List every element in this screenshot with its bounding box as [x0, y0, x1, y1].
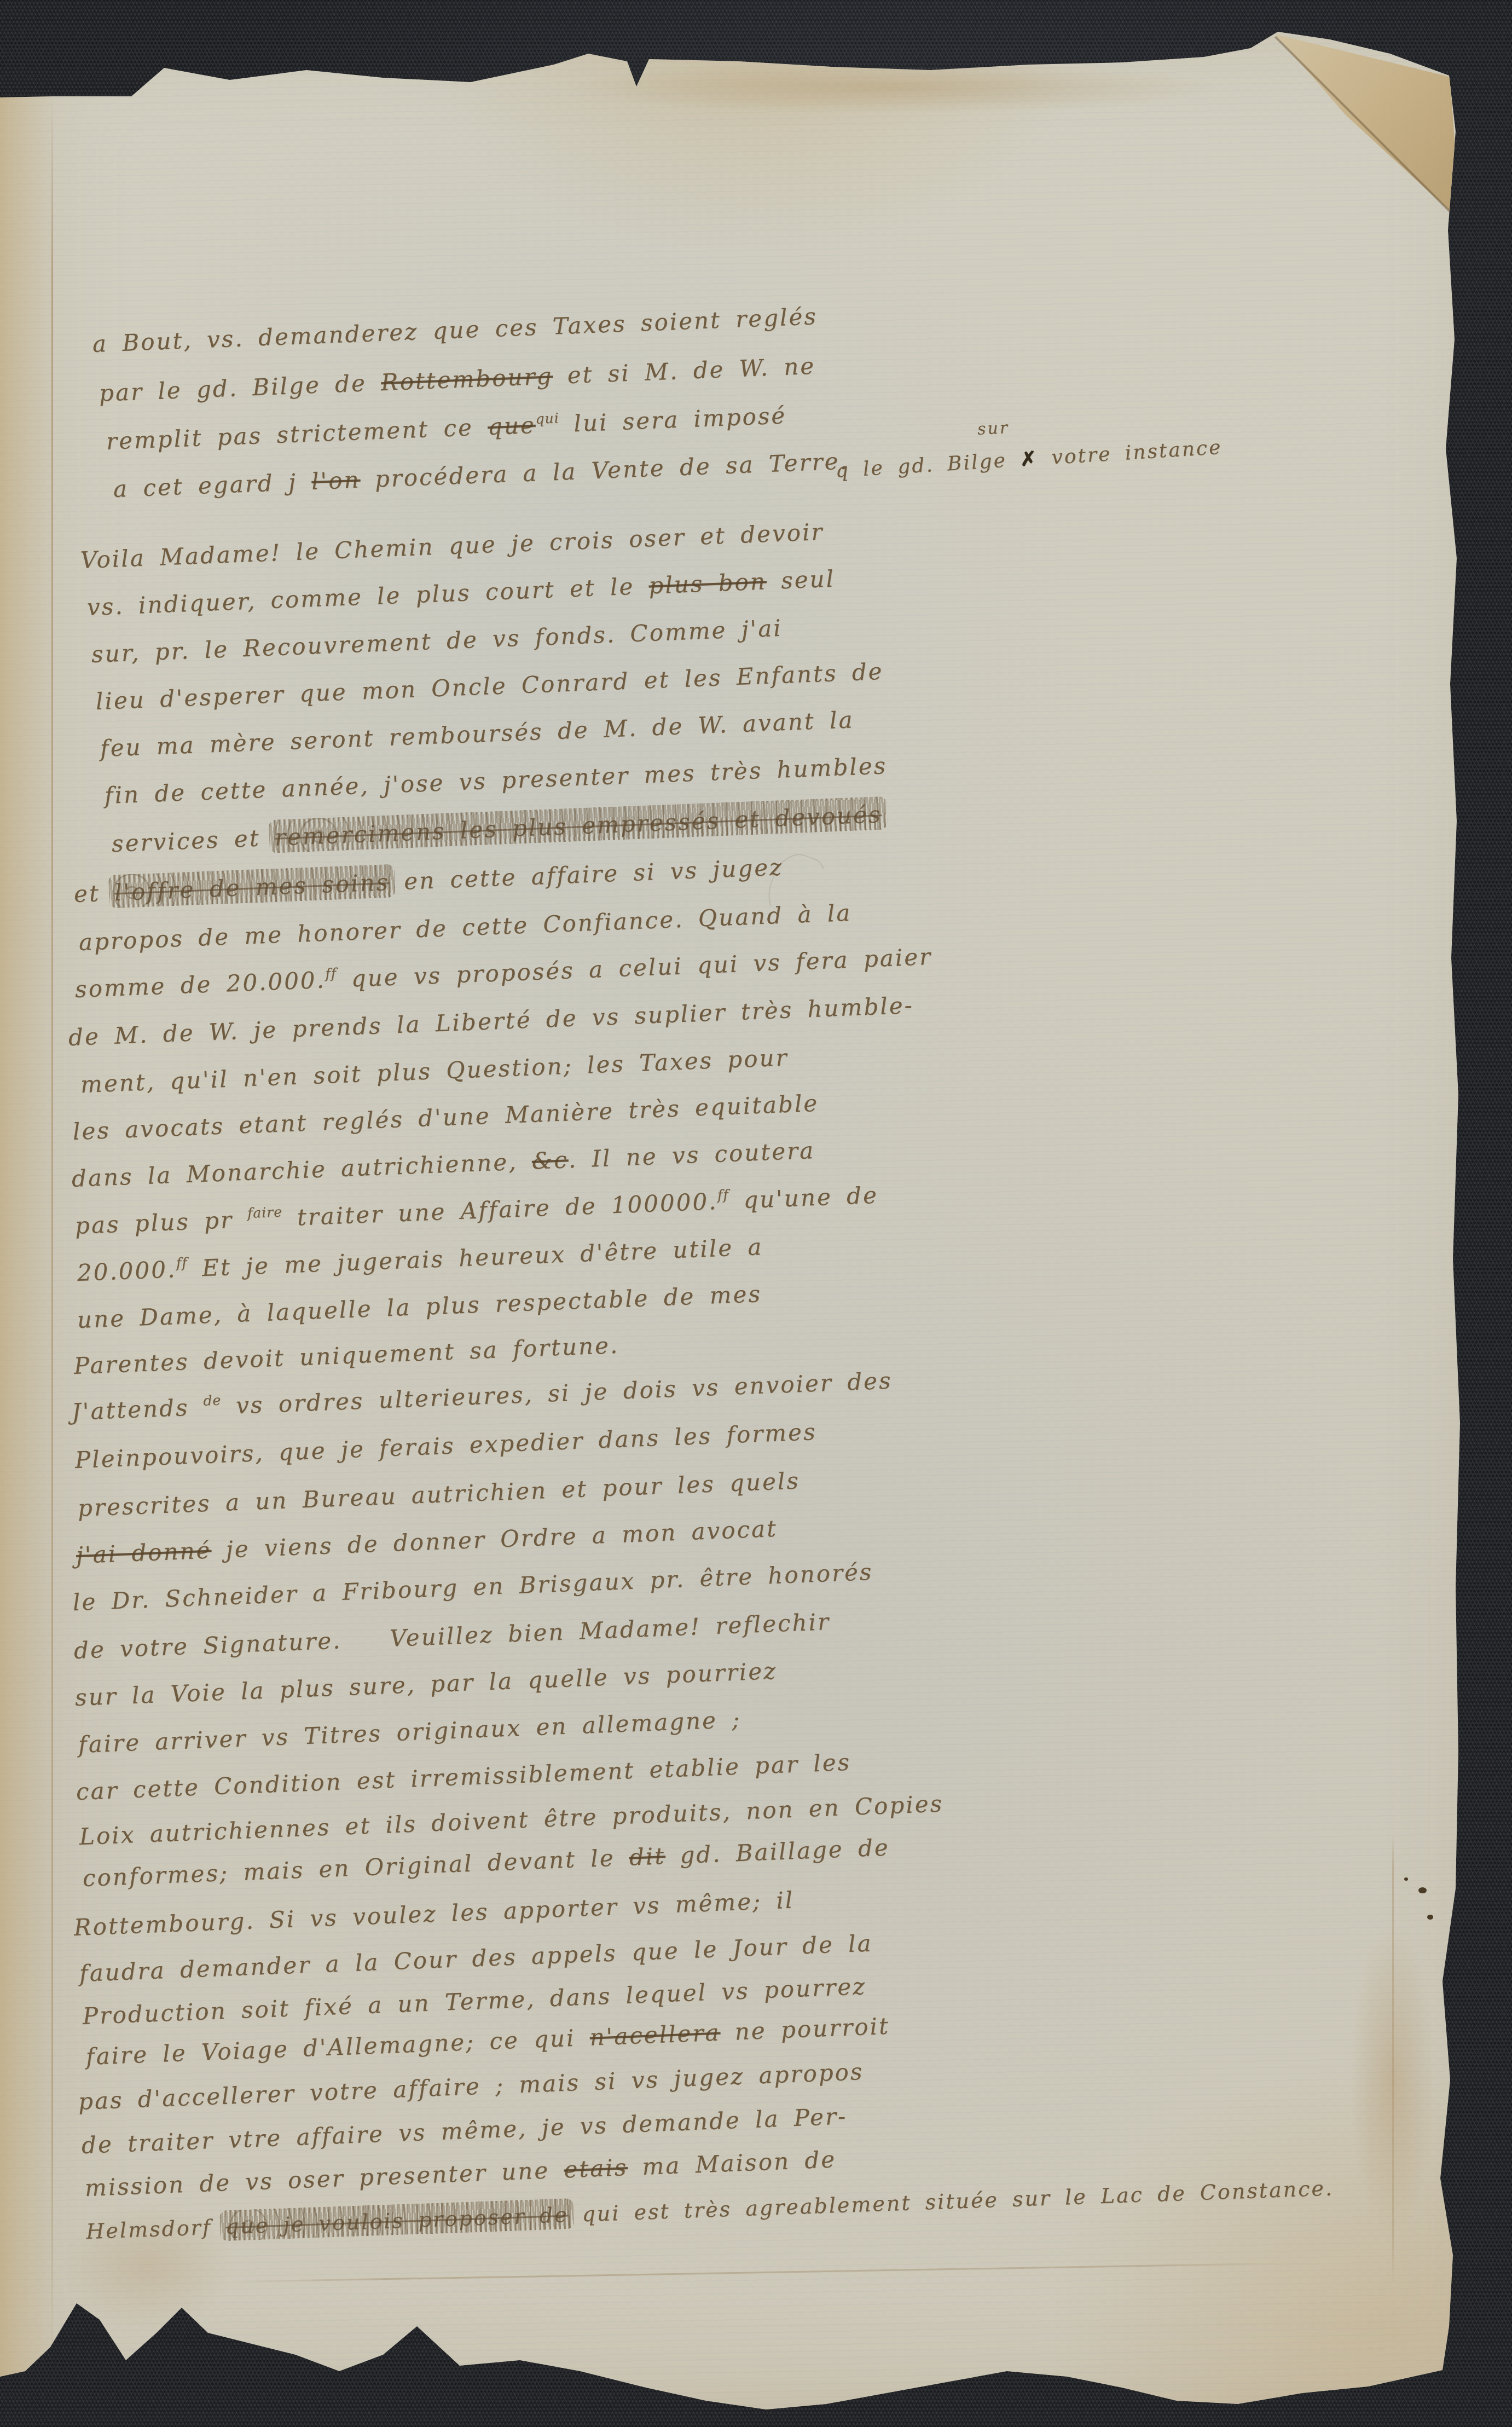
inserted-word: faire — [247, 1204, 282, 1221]
handwritten-line: et l'offre de mes soins en cette affaire… — [73, 854, 784, 908]
handwriting-text: Et je me jugerais heureux d'être utile a — [187, 1233, 763, 1282]
inserted-word: qui — [535, 410, 559, 427]
handwriting-text: services et — [111, 824, 275, 857]
handwritten-line: car cette Condition est irremissiblement… — [76, 1749, 851, 1806]
handwritten-line: Parentes devoit uniquement sa fortune. — [73, 1332, 619, 1380]
handwriting-text: lui sera imposé — [559, 402, 787, 437]
handwriting-text: votre instance — [1038, 436, 1223, 470]
handwritten-line: Pleinpouvoirs, que je ferais expedier da… — [74, 1419, 817, 1473]
scribbled-out-text: que je voulois proposer de — [225, 2203, 569, 2239]
handwriting-text: Pleinpouvoirs, que je ferais expedier da… — [74, 1418, 817, 1473]
crossed-out-text: que — [487, 412, 536, 440]
handwritten-line: sur la Voie la plus sure, par la quelle … — [74, 1658, 778, 1712]
handwritten-line: mission de vs oser presenter une etais m… — [84, 2146, 837, 2201]
handwriting-text: le Dr. Schneider a Fribourg en Brisgaux … — [72, 1558, 873, 1616]
handwritten-line: de votre Signature.Veuillez bien Madame!… — [73, 1609, 831, 1664]
manuscript-page: a Bout, vs. demanderez que ces Taxes soi… — [0, 0, 1512, 2427]
handwritten-line: faire arriver vs Titres originaux en all… — [78, 1707, 741, 1759]
handwritten-line: a Bout, vs. demanderez que ces Taxes soi… — [92, 303, 818, 357]
handwriting-text: que vs proposés a celui qui vs fera paie… — [337, 943, 932, 993]
crossed-out-text: etais — [564, 2154, 629, 2183]
margin-note: q le gd. Bilge ✗ votre instance — [835, 436, 1223, 483]
handwriting-text: vs. indiquer, comme le plus court et le — [86, 573, 649, 621]
photograph-background: { "page": { "background_color": "#212327… — [0, 0, 1512, 2427]
handwritten-line: le Dr. Schneider a Fribourg en Brisgaux … — [72, 1559, 873, 1616]
handwritten-line: remplit pas strictement ce quequi lui se… — [106, 402, 787, 455]
handwriting-text: ne pourroit — [720, 2013, 890, 2046]
handwriting-text: conformes; mais en Original devant le — [82, 1844, 630, 1892]
handwritten-line: sur, pr. le Recouvrement de vs fonds. Co… — [91, 615, 783, 668]
handwriting-text: sur la Voie la plus sure, par la quelle … — [74, 1657, 778, 1711]
scanned-manuscript-scene: a Bout, vs. demanderez que ces Taxes soi… — [0, 0, 1512, 2427]
handwritten-line: prescrites a un Bureau autrichien et pou… — [77, 1467, 801, 1522]
inserted-word: ff — [717, 1187, 729, 1203]
handwriting-text: qui est très agreablement située sur le … — [568, 2176, 1334, 2227]
margin-insertion-word: sur — [977, 419, 1010, 439]
inserted-word: de — [203, 1392, 222, 1408]
handwritten-line: Rottembourg. Si vs voulez les apporter v… — [73, 1887, 795, 1941]
handwriting-text: en cette affaire si vs jugez — [389, 853, 784, 895]
scribbled-out-text: l'offre de mes soins — [114, 869, 390, 906]
inserted-word: ff — [176, 1255, 188, 1271]
handwriting-text: par le gd. Bilge de — [99, 369, 381, 407]
handwriting-text: vs ordres ulterieures, si je dois vs env… — [221, 1367, 893, 1419]
crossed-out-text: Rottembourg — [380, 362, 553, 396]
handwritten-line: une Dame, à laquelle la plus respectable… — [77, 1281, 762, 1333]
crossed-out-text: l'on — [311, 466, 361, 495]
handwritten-line: lieu d'esperer que mon Oncle Conrard et … — [95, 658, 884, 715]
handwritten-line: dans la Monarchie autrichienne, &c. Il n… — [71, 1137, 815, 1192]
handwriting-text: je viens de donner Ordre a mon avocat — [211, 1515, 778, 1564]
handwritten-line: feu ma mère seront remboursés de M. de W… — [100, 707, 854, 762]
handwritten-line: a cet egard j l'on procédera a la Vente … — [113, 448, 849, 502]
crossed-out-text: &c — [531, 1146, 569, 1175]
handwritten-line: ment, qu'il n'en soit plus Question; les… — [80, 1044, 789, 1098]
handwriting-text: qu'une de — [728, 1182, 879, 1214]
handwritten-line: pas plus pr faire traiter une Affaire de… — [74, 1182, 879, 1240]
handwritten-line: services et remercimens les plus empress… — [111, 801, 882, 857]
handwriting-text: feu ma mère seront remboursés de M. de W… — [100, 706, 854, 762]
handwriting-text: une Dame, à laquelle la plus respectable… — [77, 1280, 762, 1333]
handwriting-text: a Bout, vs. demanderez que ces Taxes soi… — [92, 303, 818, 357]
handwriting-text: remplit pas strictement ce — [106, 413, 488, 455]
handwriting-text: les avocats etant reglés d'une Manière t… — [72, 1090, 819, 1145]
handwriting-text: seul — [766, 565, 836, 595]
handwritten-line: vs. indiquer, comme le plus court et le … — [86, 566, 836, 621]
handwritten-line: les avocats etant reglés d'une Manière t… — [72, 1090, 819, 1146]
handwriting-text: q le gd. Bilge — [835, 448, 1021, 482]
handwriting-text: . Il ne vs coutera — [568, 1137, 815, 1173]
inserted-word: ff — [325, 966, 337, 982]
handwritten-line: somme de 20.000.ff que vs proposés a cel… — [74, 944, 932, 1003]
handwriting-text: pas plus pr — [74, 1206, 248, 1239]
handwriting-text: apropos de me honorer de cette Confiance… — [78, 899, 852, 956]
handwriting-text: somme de 20.000. — [74, 966, 326, 1003]
handwriting-text: de M. de W. je prends la Liberté de vs s… — [68, 992, 914, 1051]
handwriting-text: Parentes devoit uniquement sa fortune. — [73, 1332, 619, 1379]
crossed-out-text: n'acellera — [589, 2019, 721, 2050]
handwritten-text-layer: a Bout, vs. demanderez que ces Taxes soi… — [0, 0, 1512, 2427]
handwritten-line: par le gd. Bilge de Rottembourg et si M.… — [99, 353, 816, 407]
handwriting-text: traiter une Affaire de 100000. — [282, 1188, 719, 1232]
handwritten-line: 20.000.ff Et je me jugerais heureux d'êt… — [77, 1234, 763, 1286]
crossed-out-text: j'ai donné — [76, 1537, 212, 1569]
handwriting-text: dans la Monarchie autrichienne, — [71, 1148, 532, 1192]
handwritten-line: J'attends de vs ordres ulterieures, si j… — [71, 1367, 893, 1425]
handwriting-text: sur, pr. le Recouvrement de vs fonds. Co… — [91, 615, 783, 668]
handwriting-text: gd. Baillage de — [665, 1834, 890, 1869]
handwriting-text: ma Maison de — [627, 2146, 837, 2181]
handwriting-text: Helmsdorf — [85, 2215, 225, 2244]
handwritten-line: Voila Madame! le Chemin que je crois ose… — [80, 519, 824, 574]
crossed-out-text: dit — [629, 1842, 666, 1871]
handwriting-text: lieu d'esperer que mon Oncle Conrard et … — [95, 658, 884, 715]
handwriting-text: prescrites a un Bureau autrichien et pou… — [77, 1467, 801, 1522]
handwriting-text: faire arriver vs Titres originaux en all… — [78, 1706, 741, 1758]
handwritten-line: de M. de W. je prends la Liberté de vs s… — [68, 992, 914, 1051]
handwriting-text: faire le Voiage d'Allemagne; ce qui — [85, 2024, 590, 2070]
handwriting-text: Voila Madame! le Chemin que je crois ose… — [80, 518, 824, 574]
handwriting-text: ment, qu'il n'en soit plus Question; les… — [80, 1044, 789, 1098]
handwriting-text: procédera a la Vente de sa Terre. — [360, 447, 849, 493]
handwritten-line: j'ai donné je viens de donner Ordre a mo… — [76, 1516, 778, 1569]
insertion-mark: ✗ — [1019, 447, 1039, 471]
handwriting-text: sur — [977, 418, 1010, 439]
handwriting-text: a cet egard j — [113, 468, 312, 502]
handwritten-line: apropos de me honorer de cette Confiance… — [78, 900, 852, 956]
ink-speck — [416, 2351, 421, 2356]
handwriting-text: Rottembourg. Si vs voulez les apporter v… — [73, 1886, 795, 1941]
handwriting-text: mission de vs oser presenter une — [84, 2156, 564, 2201]
scribbled-out-text: remercimens les plus empressés et devoué… — [274, 801, 882, 851]
handwriting-text: Veuillez bien Madame! reflechir — [389, 1608, 831, 1652]
handwriting-text: et si M. de W. ne — [552, 353, 816, 389]
spacer — [342, 1646, 390, 1648]
handwriting-text: car cette Condition est irremissiblement… — [76, 1749, 851, 1805]
handwriting-text: J'attends — [71, 1394, 204, 1425]
crossed-out-text: plus bon — [648, 568, 767, 599]
handwriting-text: de votre Signature. — [73, 1627, 342, 1664]
handwriting-text: 20.000. — [77, 1256, 177, 1286]
